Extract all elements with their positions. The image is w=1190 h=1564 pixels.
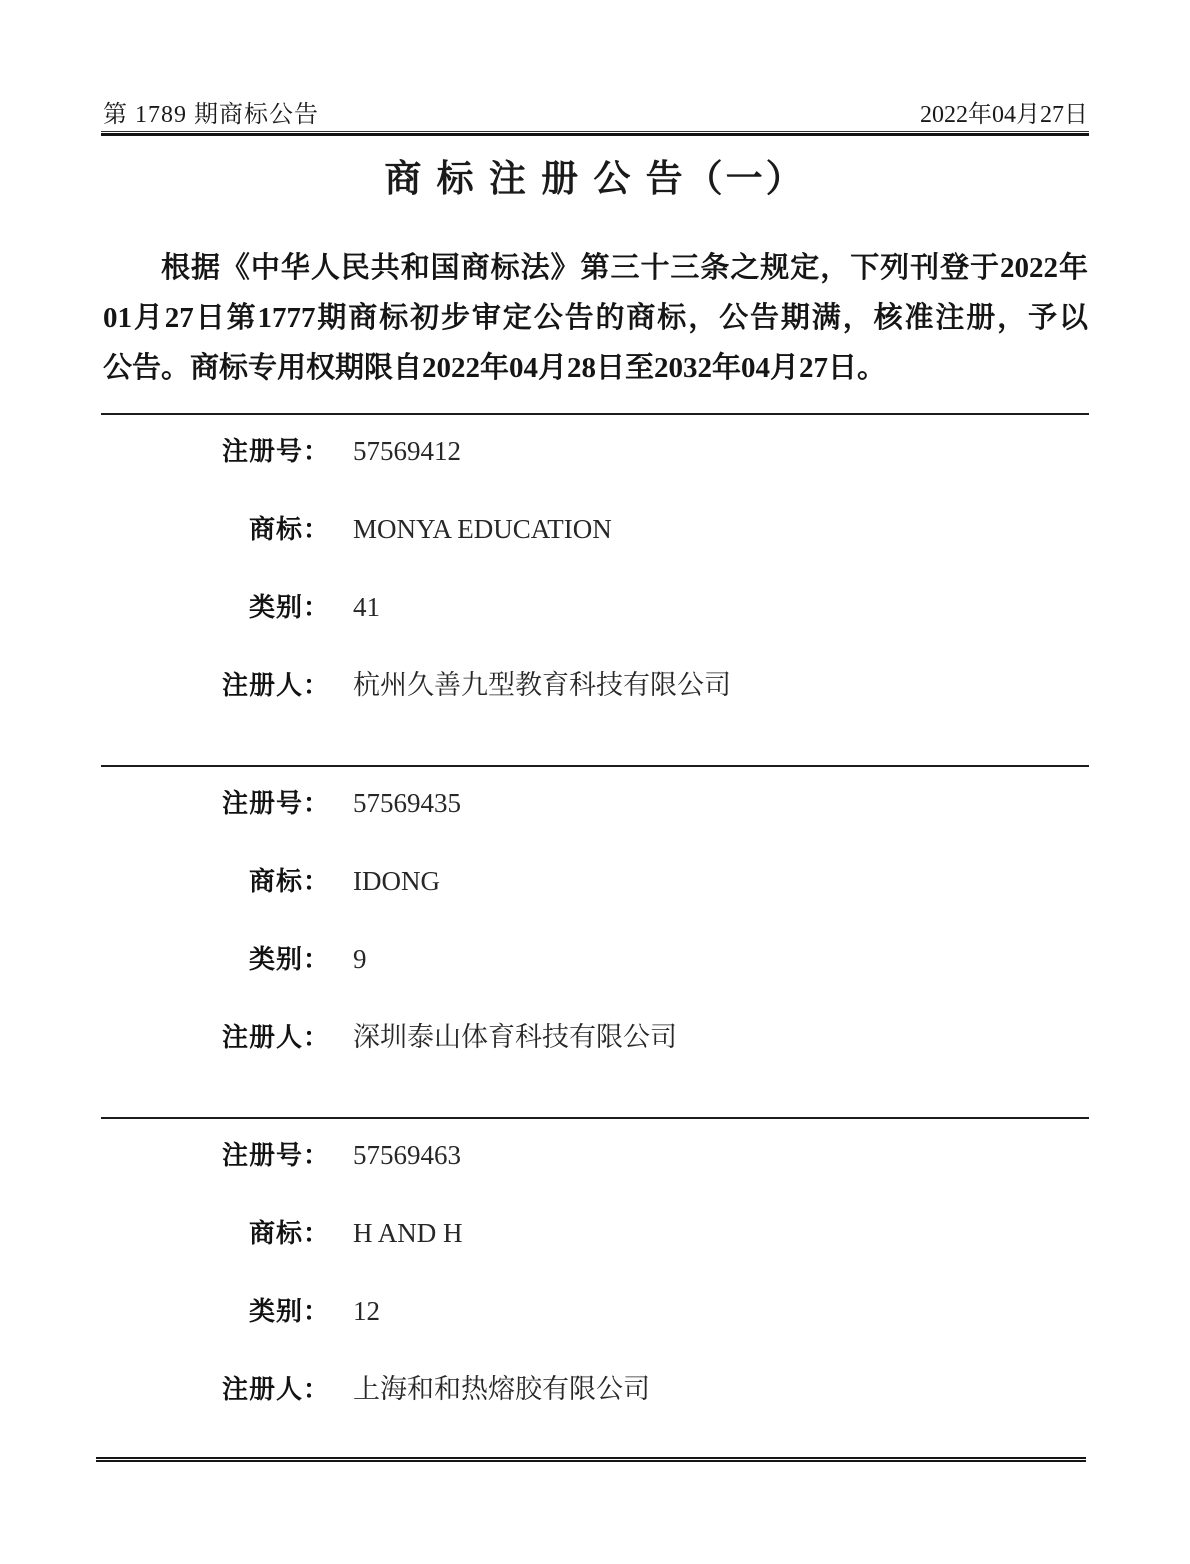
entry-row-trademark: 商标： MONYA EDUCATION xyxy=(101,514,1089,592)
header-rule xyxy=(101,131,1089,136)
entry-row-class: 类别： 12 xyxy=(101,1296,1089,1374)
entry-row-registrant: 注册人： 深圳泰山体育科技有限公司 xyxy=(101,1022,1089,1100)
field-label-class: 类别： xyxy=(101,1296,330,1326)
field-label-reg-no: 注册号： xyxy=(101,788,330,818)
field-value-trademark: IDONG xyxy=(353,866,440,896)
intro-line-3: 公告。商标专用权期限自2022年04月28日至2032年04月27日。 xyxy=(103,343,1088,393)
intro-paragraph: 根据《中华人民共和国商标法》第三十三条之规定，下列刊登于2022年 01月27日… xyxy=(103,243,1088,393)
footer-rule xyxy=(96,1457,1086,1462)
trademark-entry-1: 注册号： 57569412 商标： MONYA EDUCATION 类别： 41… xyxy=(101,413,1089,765)
field-label-class: 类别： xyxy=(101,944,330,974)
document-page: 第 1789 期商标公告 2022年04月27日 商 标 注 册 公 告（一） … xyxy=(0,0,1190,1564)
field-label-class: 类别： xyxy=(101,592,330,622)
field-label-registrant: 注册人： xyxy=(101,1374,330,1404)
field-label-trademark: 商标： xyxy=(101,1218,330,1248)
field-value-class: 41 xyxy=(353,592,380,622)
entry-row-reg-no: 注册号： 57569463 xyxy=(101,1140,1089,1218)
intro-line-2: 01月27日第1777期商标初步审定公告的商标，公告期满，核准注册，予以 xyxy=(103,293,1088,343)
field-value-reg-no: 57569412 xyxy=(353,436,461,466)
entry-row-registrant: 注册人： 杭州久善九型教育科技有限公司 xyxy=(101,670,1089,748)
trademark-entry-2: 注册号： 57569435 商标： IDONG 类别： 9 注册人： 深圳泰山体… xyxy=(101,765,1089,1117)
entry-row-trademark: 商标： H AND H xyxy=(101,1218,1089,1296)
field-label-registrant: 注册人： xyxy=(101,670,330,700)
field-value-reg-no: 57569463 xyxy=(353,1140,461,1170)
field-label-trademark: 商标： xyxy=(101,866,330,896)
field-value-registrant: 杭州久善九型教育科技有限公司 xyxy=(353,670,731,700)
field-label-trademark: 商标： xyxy=(101,514,330,544)
entry-row-registrant: 注册人： 上海和和热熔胶有限公司 xyxy=(101,1374,1089,1452)
field-value-class: 12 xyxy=(353,1296,380,1326)
field-value-trademark: H AND H xyxy=(353,1218,463,1248)
entry-row-trademark: 商标： IDONG xyxy=(101,866,1089,944)
entry-row-reg-no: 注册号： 57569435 xyxy=(101,788,1089,866)
intro-line-1: 根据《中华人民共和国商标法》第三十三条之规定，下列刊登于2022年 xyxy=(103,243,1088,293)
entry-row-reg-no: 注册号： 57569412 xyxy=(101,436,1089,514)
field-label-registrant: 注册人： xyxy=(101,1022,330,1052)
entry-row-class: 类别： 41 xyxy=(101,592,1089,670)
header-date: 2022年04月27日 xyxy=(920,94,1088,129)
trademark-entry-3: 注册号： 57569463 商标： H AND H 类别： 12 注册人： 上海… xyxy=(101,1117,1089,1457)
field-label-reg-no: 注册号： xyxy=(101,436,330,466)
field-value-class: 9 xyxy=(353,944,367,974)
field-value-registrant: 上海和和热熔胶有限公司 xyxy=(353,1374,650,1404)
entry-row-class: 类别： 9 xyxy=(101,944,1089,1022)
field-value-trademark: MONYA EDUCATION xyxy=(353,514,612,544)
field-value-registrant: 深圳泰山体育科技有限公司 xyxy=(353,1022,677,1052)
field-value-reg-no: 57569435 xyxy=(353,788,461,818)
header-issue-number: 第 1789 期商标公告 xyxy=(103,94,319,129)
field-label-reg-no: 注册号： xyxy=(101,1140,330,1170)
page-title: 商 标 注 册 公 告（一） xyxy=(101,148,1089,202)
